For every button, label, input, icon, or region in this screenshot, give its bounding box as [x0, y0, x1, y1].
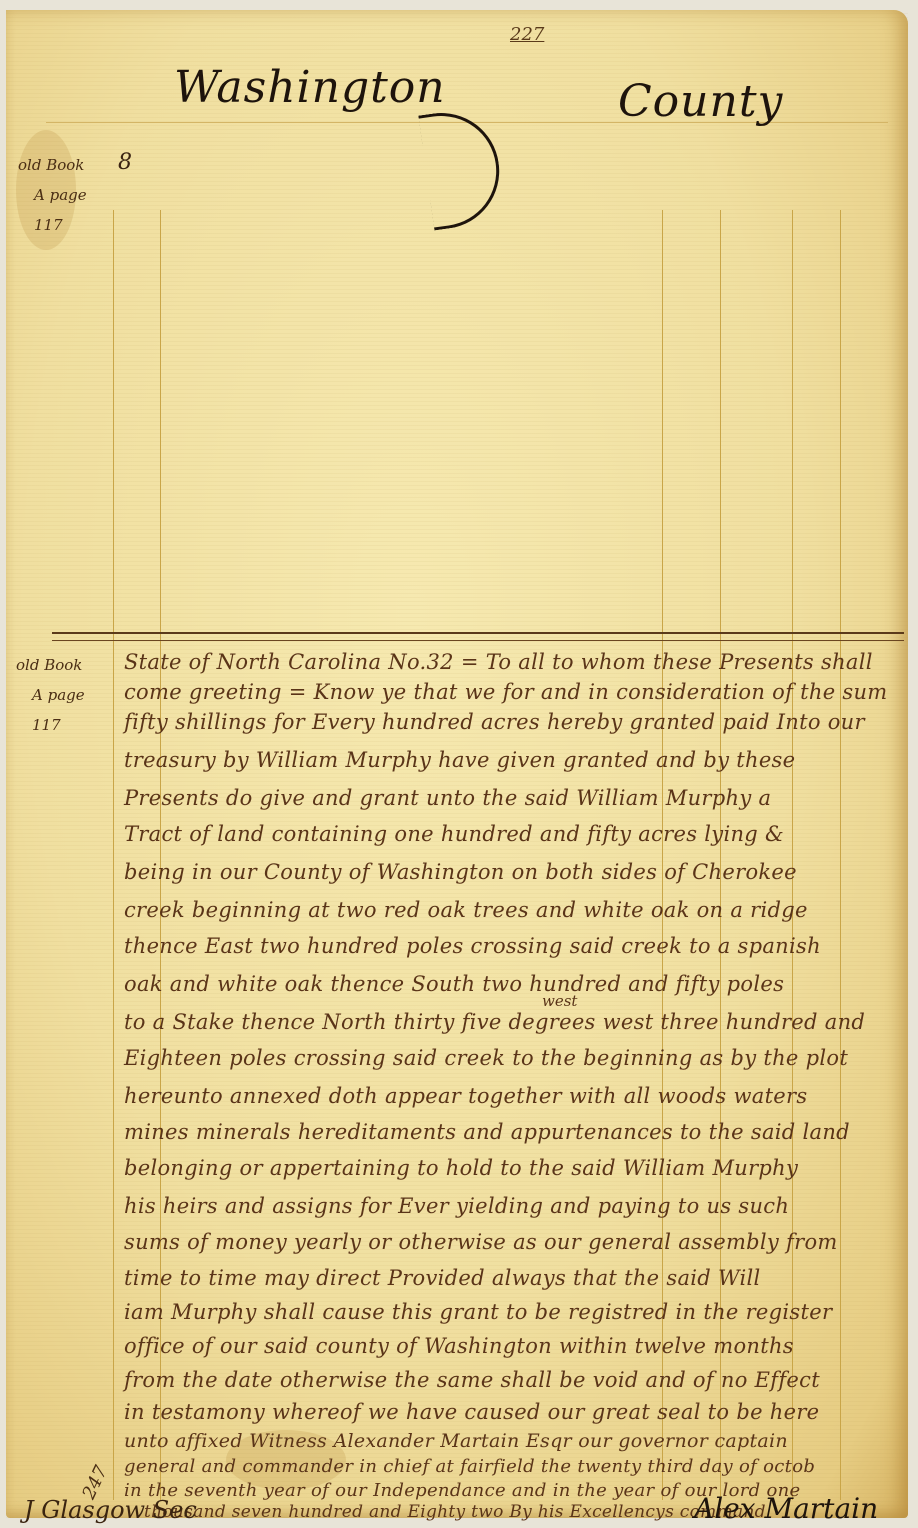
grant-line: treasury by William Murphy have given gr… [124, 748, 795, 772]
grant-line: being in our County of Washington on bot… [124, 860, 797, 884]
grant-line: hereunto annexed doth appear together wi… [124, 1084, 807, 1108]
grant-line: Eighteen poles crossing said creek to th… [124, 1046, 848, 1070]
grant-line: State of North Carolina No.32 = To all t… [124, 650, 873, 674]
grant-line: fifty shillings for Every hundred acres … [124, 710, 865, 734]
margin-note-line: A page [16, 680, 85, 710]
grant-line: sums of money yearly or otherwise as our… [124, 1230, 838, 1254]
margin-note-line: old Book [18, 150, 87, 180]
margin-note-line: A page [18, 180, 87, 210]
interlinear-insert: west [542, 992, 577, 1010]
grant-line: his heirs and assigns for Ever yielding … [124, 1194, 789, 1218]
margin-rule-left [113, 210, 114, 1500]
grant-line: unto affixed Witness Alexander Martain E… [124, 1430, 788, 1452]
grant-line: office of our said county of Washington … [124, 1334, 794, 1358]
grant-line: from the date otherwise the same shall b… [124, 1368, 820, 1392]
grant-line: iam Murphy shall cause this grant to be … [124, 1300, 832, 1324]
calligraphic-flourish [418, 105, 506, 230]
page-number: 227 [510, 24, 544, 45]
governor-signature: Alex Martain [694, 1492, 878, 1525]
grant-line: belonging or appertaining to hold to the… [124, 1156, 798, 1180]
county-name-heading: Washington [174, 62, 446, 113]
ledger-page: 227 Washington County old Book A page 11… [6, 10, 908, 1518]
margin-note-line: 117 [16, 710, 85, 740]
county-label-heading: County [618, 76, 783, 127]
grant-line: time to time may direct Provided always … [124, 1266, 761, 1290]
grant-line: thence East two hundred poles crossing s… [124, 934, 821, 958]
grant-line: in testamony whereof we have caused our … [124, 1400, 819, 1424]
secretary-signature: J Glasgow Sec [24, 1496, 197, 1524]
grant-line: creek beginning at two red oak trees and… [124, 898, 808, 922]
margin-note-top: old Book A page 117 [18, 150, 87, 240]
grant-line: come greeting = Know ye that we for and … [124, 680, 888, 704]
entry-mark: 8 [118, 150, 132, 175]
grant-line: oak and white oak thence South two hundr… [124, 972, 784, 996]
margin-note-line: old Book [16, 650, 85, 680]
column-rule [840, 210, 841, 1500]
grant-line: to a Stake thence North thirty five degr… [124, 1010, 865, 1034]
grant-line: mines minerals hereditaments and appurte… [124, 1120, 850, 1144]
grant-line: Presents do give and grant unto the said… [124, 786, 771, 810]
grant-line: general and commander in chief at fairfi… [124, 1456, 815, 1477]
entry-divider [52, 632, 904, 641]
margin-note-grant: old Book A page 117 [16, 650, 85, 740]
grant-line: thousand seven hundred and Eighty two By… [144, 1502, 766, 1522]
grant-line: Tract of land containing one hundred and… [124, 822, 784, 846]
margin-note-line: 117 [18, 210, 87, 240]
